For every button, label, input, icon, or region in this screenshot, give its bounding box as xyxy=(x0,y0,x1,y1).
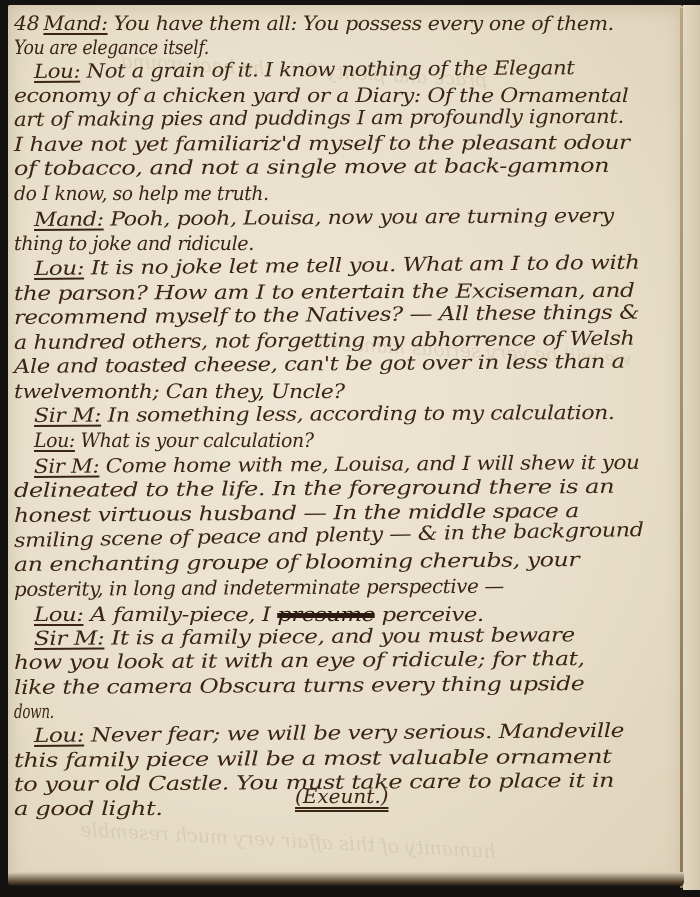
line-text: a good light. xyxy=(14,797,163,820)
line-text: an enchanting groupe of blooming cherubs… xyxy=(14,548,579,576)
speaker-name: Sir M: xyxy=(34,404,101,427)
manuscript-line: delineated to the life. In the foregroun… xyxy=(14,475,614,502)
speaker-name: Lou: xyxy=(34,256,84,280)
speaker-name: Sir M: xyxy=(34,455,99,478)
line-text: thing to joke and ridicule. xyxy=(14,232,254,255)
stage-direction: (Exeunt.) xyxy=(295,784,388,808)
manuscript-line: posterity, in long and indeterminate per… xyxy=(14,575,504,601)
line-text: You are elegance itself. xyxy=(14,36,209,59)
adjacent-page-edge xyxy=(683,5,700,890)
line-text: I have not yet familiariz'd myself to th… xyxy=(14,131,630,156)
line-text: Not a grain of it. I know nothing of the… xyxy=(80,56,574,82)
manuscript-line: how you look at it with an eye of ridicu… xyxy=(14,647,585,674)
line-text: What is your calculation? xyxy=(75,429,314,452)
manuscript-line: a good light. xyxy=(14,797,163,820)
line-text: twelvemonth; Can they, Uncle? xyxy=(14,380,345,403)
manuscript-line: thing to joke and ridicule. xyxy=(14,232,254,255)
struck-out-word: presume xyxy=(277,603,374,626)
line-text: Never fear; we will be very serious. Man… xyxy=(84,719,624,747)
line-text: In something less, according to my calcu… xyxy=(101,401,615,427)
speaker-name: Mand: xyxy=(43,12,107,35)
manuscript-line: Mand: Pooh, pooh, Louisa, now you are tu… xyxy=(34,204,614,231)
manuscript-line: art of making pies and puddings I am pro… xyxy=(14,105,624,131)
line-text: You have them all: You possess every one… xyxy=(108,12,614,35)
manuscript-line: Sir M: In something less, according to m… xyxy=(34,401,615,427)
speaker-name: Lou: xyxy=(34,60,80,83)
manuscript-line: Lou: A family-piece, I presume perceive. xyxy=(34,603,484,626)
manuscript-line: this family piece will be a most valuabl… xyxy=(14,745,612,772)
manuscript-line: economy of a chicken yard or a Diary: Of… xyxy=(14,84,628,107)
speaker-name: Lou: xyxy=(34,429,75,452)
line-text: down. xyxy=(14,700,54,723)
speaker-name: Lou: xyxy=(34,724,84,747)
speaker-name: Mand: xyxy=(34,208,104,231)
line-text: like the camera Obscura turns every thin… xyxy=(14,672,584,699)
manuscript-line: do I know, so help me truth. xyxy=(14,182,269,205)
manuscript-line: of tobacco, and not a single move at bac… xyxy=(14,154,609,180)
page-bottom-edge xyxy=(8,872,684,886)
line-text: Pooh, pooh, Louisa, now you are turning … xyxy=(104,204,614,231)
line-text: delineated to the life. In the foregroun… xyxy=(14,475,614,502)
page-number: 48 xyxy=(14,12,39,35)
line-text: A family-piece, I xyxy=(83,603,277,626)
manuscript-line: 48Mand: You have them all: You possess e… xyxy=(14,12,614,35)
line-text: of tobacco, and not a single move at bac… xyxy=(14,154,609,180)
manuscript-line: Sir M: Come home with me, Louisa, and I … xyxy=(34,451,639,478)
manuscript-line: like the camera Obscura turns every thin… xyxy=(14,672,584,699)
line-text: It is a family piece, and you must bewar… xyxy=(104,623,574,649)
speaker-name: Sir M: xyxy=(34,627,105,650)
manuscript-line: You are elegance itself. xyxy=(14,36,209,59)
manuscript-line: twelvemonth; Can they, Uncle? xyxy=(14,380,345,403)
manuscript-line: an enchanting groupe of blooming cherubs… xyxy=(14,548,579,576)
manuscript-line: Lou: What is your calculation? xyxy=(34,429,314,452)
manuscript-line: I have not yet familiariz'd myself to th… xyxy=(14,131,630,156)
line-text: how you look at it with an eye of ridicu… xyxy=(14,647,585,674)
manuscript-line: Lou: Not a grain of it. I know nothing o… xyxy=(34,56,575,83)
speaker-name: Lou: xyxy=(34,603,83,626)
manuscript-line: Sir M: It is a family piece, and you mus… xyxy=(34,623,575,650)
line-text: this family piece will be a most valuabl… xyxy=(14,745,612,772)
manuscript-line: down. xyxy=(14,700,54,723)
line-text: do I know, so help me truth. xyxy=(14,182,269,205)
line-text: Come home with me, Louisa, and I will sh… xyxy=(99,451,639,478)
line-text: economy of a chicken yard or a Diary: Of… xyxy=(14,84,628,107)
line-text: art of making pies and puddings I am pro… xyxy=(14,105,624,131)
line-text: posterity, in long and indeterminate per… xyxy=(14,575,504,601)
line-text: perceive. xyxy=(375,603,484,626)
